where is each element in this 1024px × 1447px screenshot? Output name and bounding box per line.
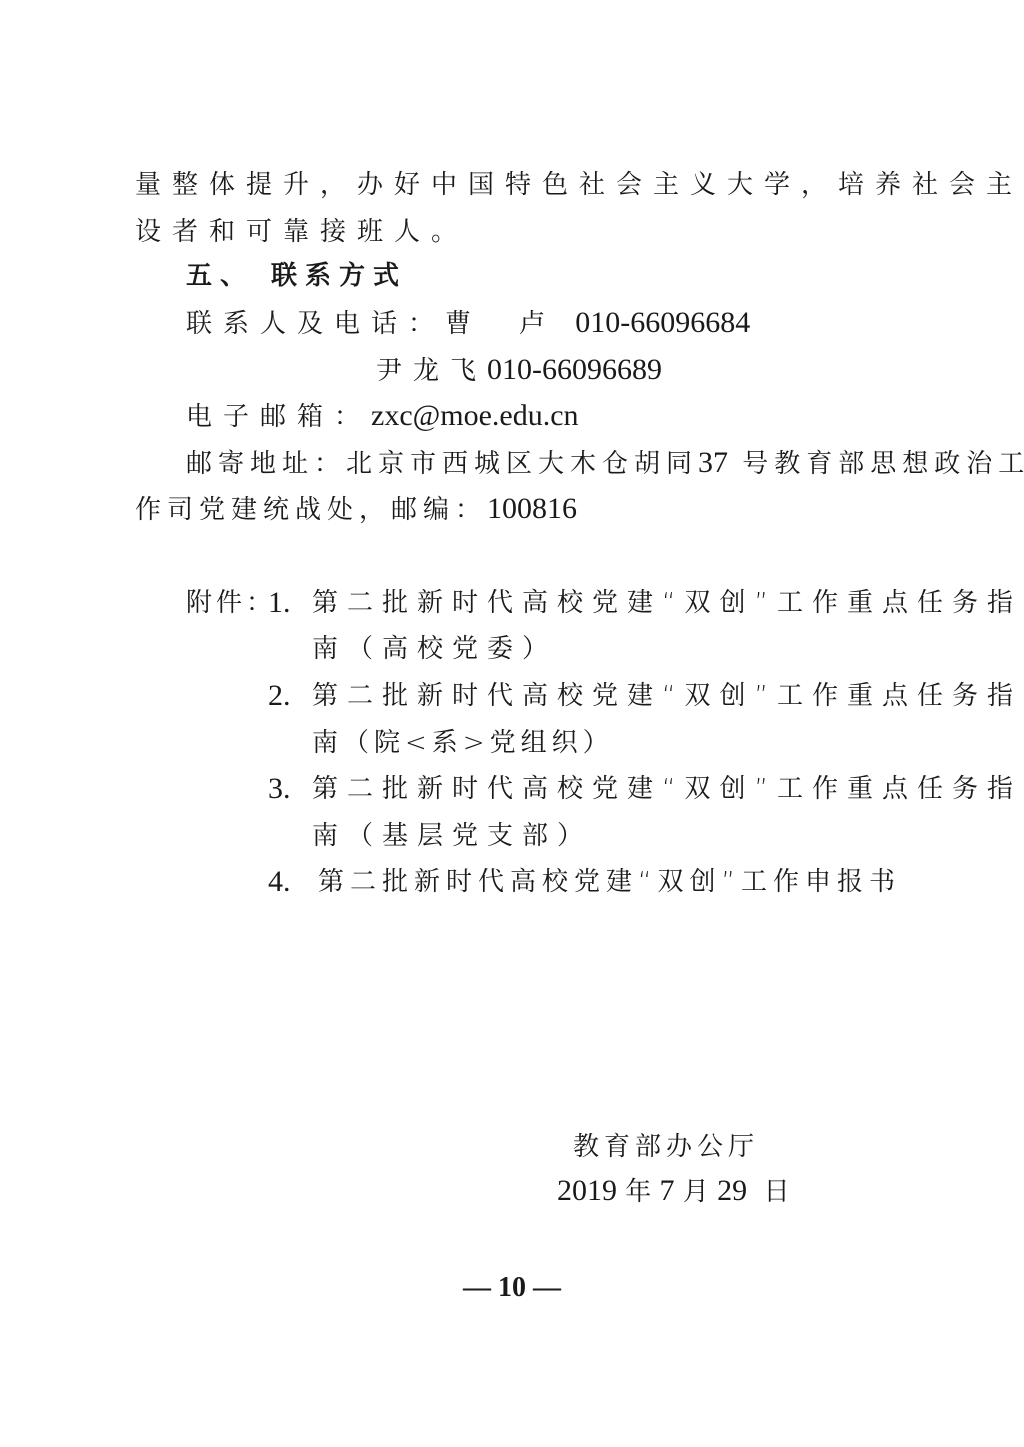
attachments-label: 附件： [186, 583, 276, 623]
attachment-number: 2. [268, 679, 291, 712]
date-month-unit: 月 [683, 1177, 709, 1207]
attachment-3-line-1: 第二批新时代高校党建“双创”工作重点任务指 [312, 769, 1022, 809]
contact-label: 联系人及电话： [186, 309, 445, 339]
attachment-number: 1. [268, 586, 291, 619]
postcode: 100816 [487, 492, 577, 525]
address-line-2: 作司党建统战处，邮编：100816 [135, 489, 577, 530]
date-year-unit: 年 [625, 1177, 651, 1207]
issuer-name: 教育部办公厅 [573, 1127, 759, 1167]
address-label: 邮寄地址： [186, 449, 346, 479]
document-page: 量整体提升，办好中国特色社会主义大学，培养社会主义合格建 设者和可靠接班人。 五… [0, 0, 1024, 1447]
email-label: 电子邮箱： [186, 402, 371, 432]
date-month: 7 [660, 1174, 675, 1207]
date-year: 2019 [557, 1174, 617, 1207]
date-day-unit: 日 [764, 1177, 790, 1207]
email-address: zxc@moe.edu.cn [371, 399, 579, 432]
page-number: — 10 — [0, 1272, 1024, 1304]
address-text: 北京市西城区大木仓胡同 [346, 449, 698, 479]
date-day: 29 [717, 1174, 747, 1207]
attachment-4-line-1: 第二批新时代高校党建“双创”工作申报书 [318, 862, 901, 902]
attachment-1-number: 1. [268, 583, 291, 624]
contact-person-1: 曹 卢 [445, 309, 556, 339]
attachment-2-line-2: 南（院<系>党组织） [312, 723, 614, 763]
address-number: 37 [698, 446, 728, 479]
issue-date: 2019 年 7 月 29 日 [557, 1171, 790, 1212]
paragraph-line-2: 设者和可靠接班人。 [135, 212, 468, 252]
attachment-4-number: 4. [268, 862, 291, 903]
contact-phone-1: 010-66096684 [575, 306, 750, 339]
address-text-3: 作司党建统战处，邮编： [135, 495, 487, 525]
attachment-1-line-2: 南（高校党委） [312, 629, 557, 669]
attachment-3-number: 3. [268, 769, 291, 810]
paragraph-line-1: 量整体提升，办好中国特色社会主义大学，培养社会主义合格建 [135, 165, 1024, 205]
contact-person-2: 尹龙飞 [376, 356, 487, 386]
address-line-1: 邮寄地址：北京市西城区大木仓胡同37 号教育部思想政治工 [186, 443, 1024, 484]
contact-line-2: 尹龙飞010-66096689 [376, 350, 662, 391]
attachment-number: 3. [268, 772, 291, 805]
contact-phone-2: 010-66096689 [487, 353, 662, 386]
attachment-2-number: 2. [268, 676, 291, 717]
attachment-2-line-1: 第二批新时代高校党建“双创”工作重点任务指 [312, 676, 1022, 716]
section-heading: 五、 联系方式 [186, 256, 407, 296]
address-text-2: 号教育部思想政治工 [742, 449, 1024, 479]
attachment-number: 4. [268, 865, 291, 898]
contact-line-1: 联系人及电话：曹 卢 010-66096684 [186, 303, 750, 344]
email-line: 电子邮箱：zxc@moe.edu.cn [186, 396, 579, 437]
attachment-3-line-2: 南（基层党支部） [312, 816, 592, 856]
attachment-1-line-1: 第二批新时代高校党建“双创”工作重点任务指 [312, 583, 1022, 623]
